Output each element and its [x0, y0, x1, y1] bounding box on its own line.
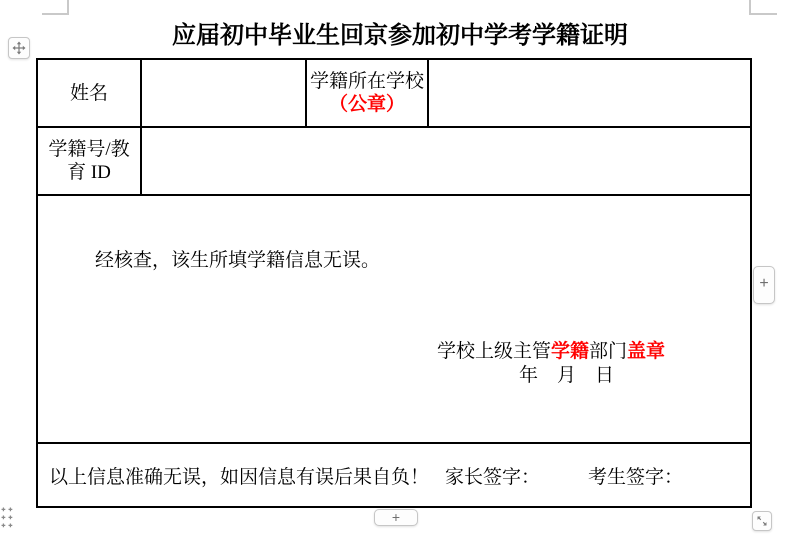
insert-row-button[interactable]: +: [374, 509, 418, 526]
parent-signature-label: 家长签字：: [445, 462, 540, 489]
candidate-signature-label: 考生签字：: [588, 462, 683, 489]
page-margin-mark-top-left: [42, 0, 69, 15]
school-label: 学籍所在学校: [310, 70, 424, 93]
name-label: 姓名: [70, 82, 108, 105]
stamp-instruction: 学校上级主管学籍部门盖章: [437, 336, 665, 363]
stamp-text-mid: 部门: [589, 341, 627, 362]
verify-statement: 经核查，该生所填学籍信息无误。: [95, 245, 380, 272]
grip-dots-icon: [1, 507, 14, 529]
table-row-id: 学籍号/教育 ID: [38, 128, 750, 196]
move-icon: [12, 41, 26, 55]
table-resize-handle[interactable]: [752, 511, 772, 531]
page-title: 应届初中毕业生回京参加初中学考学籍证明: [0, 22, 800, 50]
id-label: 学籍号/教育 ID: [41, 138, 137, 184]
stamp-text-xueji: 学籍: [551, 341, 589, 362]
insert-column-button[interactable]: +: [753, 266, 775, 304]
stamp-text-prefix: 学校上级主管: [437, 341, 551, 362]
table-move-handle[interactable]: [8, 37, 30, 59]
date-blanks: 年 月 日: [519, 360, 614, 387]
name-label-cell: 姓名: [38, 60, 142, 126]
stamp-text-seal: 盖章: [627, 341, 665, 362]
id-value-cell[interactable]: [142, 128, 750, 194]
school-value-cell[interactable]: [429, 60, 750, 126]
school-label-cell: 学籍所在学校 （公章）: [307, 60, 429, 126]
page-margin-mark-top-right: [749, 0, 777, 15]
id-label-cell: 学籍号/教育 ID: [38, 128, 142, 194]
certificate-table: 姓名 学籍所在学校 （公章） 学籍号/教育 ID 经核查，该生所填学籍信息无误。…: [36, 58, 752, 508]
grip-dots-handle[interactable]: [1, 507, 14, 529]
table-row-signatures: 以上信息准确无误，如因信息有误后果自负！ 家长签字： 考生签字：: [38, 444, 750, 506]
verification-body-cell[interactable]: 经核查，该生所填学籍信息无误。 学校上级主管学籍部门盖章 年 月 日: [38, 196, 750, 444]
resize-icon: [756, 515, 768, 527]
name-value-cell[interactable]: [142, 60, 307, 126]
accuracy-warning: 以上信息准确无误，如因信息有误后果自负！: [49, 462, 429, 489]
plus-icon: +: [759, 275, 768, 293]
document-page: 应届初中毕业生回京参加初中学考学籍证明 姓名: [0, 0, 800, 549]
school-seal-label: （公章）: [329, 93, 405, 116]
plus-icon: +: [392, 510, 400, 524]
table-row-name: 姓名 学籍所在学校 （公章）: [38, 60, 750, 128]
